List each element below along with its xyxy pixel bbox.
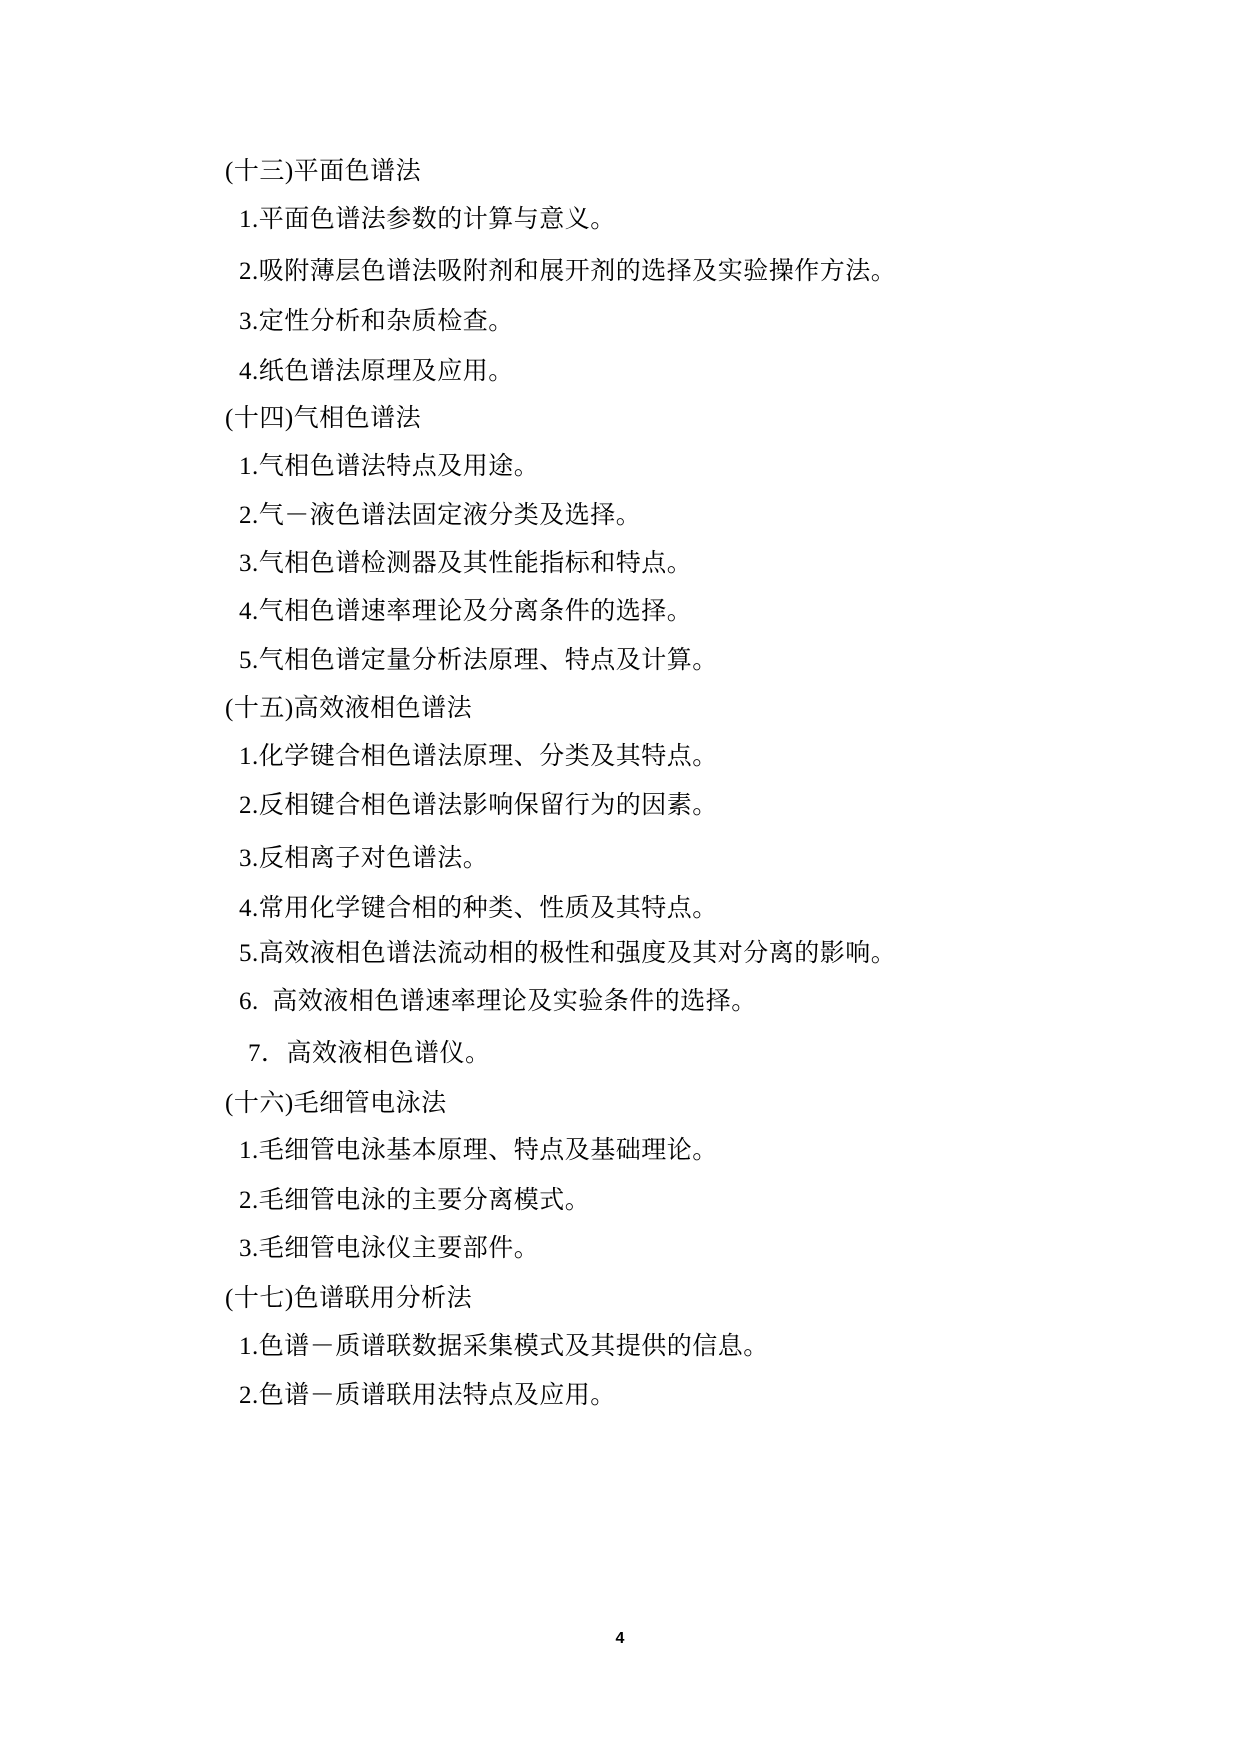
outline-item: 1.平面色谱法参数的计算与意义。: [239, 206, 616, 234]
outline-item: 3.毛细管电泳仪主要部件。: [239, 1235, 539, 1263]
section-heading: (十三)平面色谱法: [225, 158, 421, 186]
section-heading: (十七)色谱联用分析法: [225, 1285, 472, 1313]
outline-item: 4.纸色谱法原理及应用。: [239, 358, 514, 386]
outline-item: 3.气相色谱检测器及其性能指标和特点。: [239, 550, 692, 578]
section-heading: (十五)高效液相色谱法: [225, 695, 472, 723]
outline-item: 1.色谱－质谱联数据采集模式及其提供的信息。: [239, 1333, 769, 1361]
section-heading: (十四)气相色谱法: [225, 405, 421, 433]
outline-item: 2.气－液色谱法固定液分类及选择。: [239, 502, 641, 530]
outline-item: 1.化学键合相色谱法原理、分类及其特点。: [239, 743, 718, 771]
outline-item: 2.吸附薄层色谱法吸附剂和展开剂的选择及实验操作方法。: [239, 258, 896, 286]
document-page: (十三)平面色谱法 1.平面色谱法参数的计算与意义。 2.吸附薄层色谱法吸附剂和…: [0, 0, 1240, 1754]
outline-item: 5.气相色谱定量分析法原理、特点及计算。: [239, 647, 718, 675]
outline-item: 2.色谱－质谱联用法特点及应用。: [239, 1382, 616, 1410]
outline-item: 7．高效液相色谱仪。: [248, 1040, 491, 1068]
outline-item: 1.气相色谱法特点及用途。: [239, 453, 539, 481]
outline-item: 2.反相键合相色谱法影响保留行为的因素。: [239, 792, 718, 820]
outline-item: 3.定性分析和杂质检查。: [239, 308, 514, 336]
outline-item: 1.毛细管电泳基本原理、特点及基础理论。: [239, 1137, 718, 1165]
outline-item: 6. 高效液相色谱速率理论及实验条件的选择。: [239, 988, 757, 1016]
outline-item: 4.常用化学键合相的种类、性质及其特点。: [239, 895, 718, 923]
outline-item: 5.高效液相色谱法流动相的极性和强度及其对分离的影响。: [239, 940, 896, 968]
outline-item: 4.气相色谱速率理论及分离条件的选择。: [239, 598, 692, 626]
page-number: 4: [0, 1630, 1240, 1648]
section-heading: (十六)毛细管电泳法: [225, 1090, 447, 1118]
outline-item: 3.反相离子对色谱法。: [239, 845, 488, 873]
outline-item: 2.毛细管电泳的主要分离模式。: [239, 1187, 590, 1215]
